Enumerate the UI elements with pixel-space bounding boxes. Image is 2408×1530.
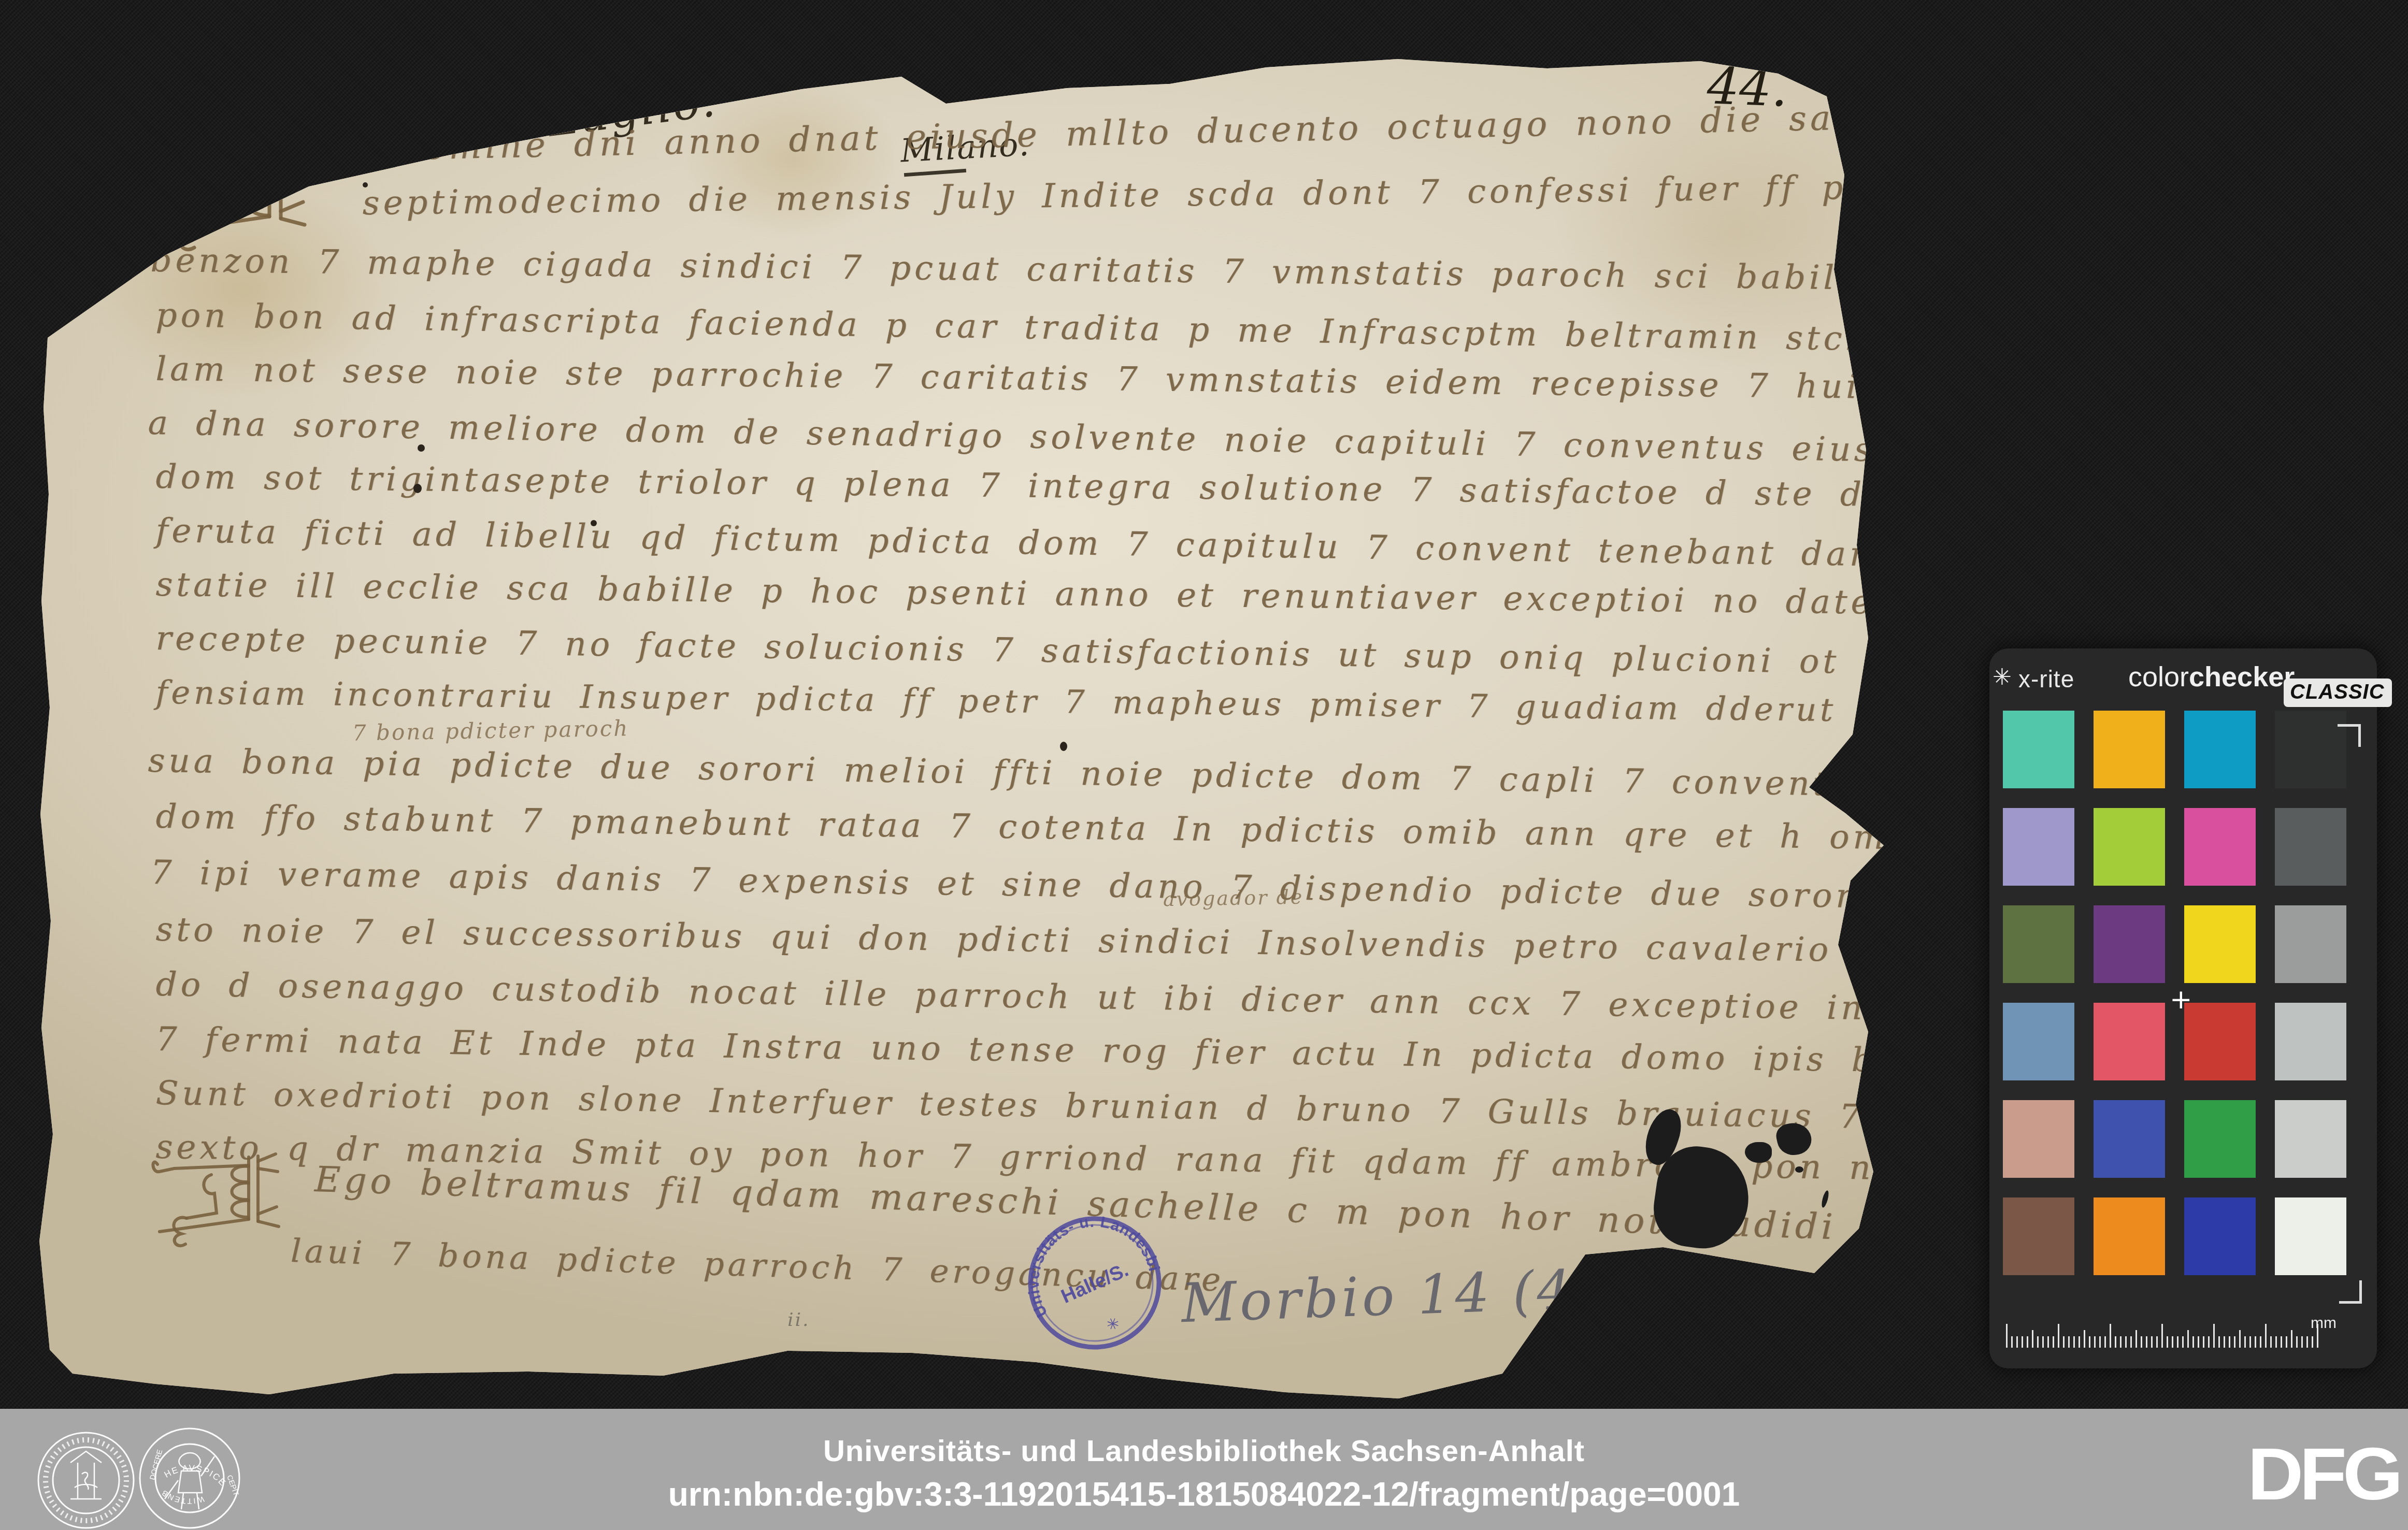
urn-identifier: urn:nbn:de:gbv:3:3-1192015415-1815084022… xyxy=(0,1475,2408,1513)
ruler-tick xyxy=(2255,1336,2256,1348)
ruler-tick xyxy=(2115,1336,2116,1348)
notarial-signum-top xyxy=(150,134,316,258)
manuscript-line: statie ill ecclie sca babille p hoc psen… xyxy=(155,566,1924,623)
ruler-tick xyxy=(2218,1336,2220,1348)
manuscript-line: do d osenaggo custodib nocat ille parroc… xyxy=(155,965,2092,1031)
ruler-tick xyxy=(2058,1324,2059,1348)
manuscript-line: dom ffo stabunt 7 pmanebunt rataa 7 cote… xyxy=(155,798,2029,859)
ruler-tick xyxy=(2156,1336,2158,1348)
ruler-tick xyxy=(2042,1336,2044,1348)
ruler-tick xyxy=(2016,1336,2018,1348)
institution-name: Universitäts- und Landesbibliothek Sachs… xyxy=(0,1434,2408,1468)
color-patch-grid xyxy=(2003,711,2346,1405)
ruler-tick xyxy=(2167,1336,2168,1348)
stamp-bottom-mark: ✳ xyxy=(1103,1314,1122,1335)
ruler-tick xyxy=(2151,1336,2153,1348)
ink-speck xyxy=(413,484,422,493)
ruler-tick xyxy=(2120,1336,2122,1348)
ruler-tick xyxy=(2053,1336,2054,1348)
ruler-tick xyxy=(2182,1336,2184,1348)
color-patch xyxy=(2003,1197,2074,1275)
ruler-tick xyxy=(2239,1330,2241,1348)
ruler-tick xyxy=(2032,1330,2033,1348)
ruler-tick xyxy=(2130,1336,2132,1348)
color-patch xyxy=(2275,905,2346,983)
color-patch xyxy=(2275,1197,2346,1275)
ruler-tick xyxy=(2011,1336,2013,1348)
colorchecker-variant-badge: CLASSIC xyxy=(2284,679,2392,707)
ruler-tick xyxy=(2125,1336,2127,1348)
ruler-tick xyxy=(2291,1330,2292,1348)
ruler-tick xyxy=(2110,1324,2111,1348)
ruler-tick xyxy=(2275,1336,2277,1348)
ruler-tick xyxy=(2312,1336,2313,1348)
manuscript-line: feruta ficti ad libellu qd fictum pdicta… xyxy=(155,512,1987,575)
footer-bar: HE AVSPICE WITTENBERG DOCERE CEPIT Unive… xyxy=(0,1409,2408,1530)
ruler-tick xyxy=(2037,1336,2039,1348)
manuscript-line: sua bona pia pdicte due sorori melioi ff… xyxy=(148,742,2021,806)
ruler-tick xyxy=(2177,1336,2178,1348)
color-patch xyxy=(2094,1197,2165,1275)
color-patch xyxy=(2094,905,2165,983)
ruler-tick xyxy=(2047,1336,2049,1348)
ruler-tick xyxy=(2006,1324,2008,1348)
ruler-tick xyxy=(2104,1336,2106,1348)
color-patch xyxy=(2275,808,2346,886)
place-underline xyxy=(904,169,966,177)
colorchecker-title-regular: color xyxy=(2128,661,2189,692)
stamp-center-text: Halle/S. xyxy=(1058,1259,1132,1308)
color-patch xyxy=(2003,711,2074,788)
xrite-logo-icon: ✳ xyxy=(1993,664,2012,690)
parchment-hole xyxy=(1745,1142,1772,1163)
marginal-mark: ii. xyxy=(787,1309,810,1331)
ruler-tick xyxy=(2084,1330,2085,1348)
color-patch xyxy=(2003,808,2074,886)
manuscript-line: septimodecimo die mensis July Indite scd… xyxy=(362,168,1966,223)
ruler-tick xyxy=(2224,1336,2225,1348)
color-patch xyxy=(2094,808,2165,886)
ruler-tick xyxy=(2192,1336,2194,1348)
ruler-tick xyxy=(2213,1324,2215,1348)
dfg-logo: DFG xyxy=(2247,1432,2399,1517)
ruler-tick xyxy=(2249,1336,2251,1348)
ruler-tick xyxy=(2234,1336,2235,1348)
manuscript-line: 7 ipi verame apis danis 7 expensis et si… xyxy=(150,854,2025,918)
crop-mark-icon xyxy=(2338,724,2360,727)
mm-ruler xyxy=(2006,1324,2319,1348)
ruler-tick xyxy=(2301,1336,2303,1348)
colorchecker-title: colorchecker xyxy=(2128,661,2295,693)
color-patch xyxy=(2184,1197,2256,1275)
ruler-tick xyxy=(2135,1330,2137,1348)
manuscript-line: pon bon ad infrascripta facienda p car t… xyxy=(155,296,1908,359)
ruler-tick xyxy=(2281,1336,2282,1348)
ink-speck xyxy=(1060,742,1067,751)
ink-speck xyxy=(363,182,368,187)
ruler-tick xyxy=(2286,1336,2287,1348)
manuscript-line: recepte pecunie 7 no facte solucionis 7 … xyxy=(155,619,1913,682)
ruler-tick xyxy=(2172,1336,2173,1348)
ruler-tick xyxy=(2270,1336,2272,1348)
manuscript-line: lam not sese noie ste parrochie 7 carita… xyxy=(155,350,1925,407)
crop-mark-icon xyxy=(2358,724,2361,747)
ruler-tick xyxy=(2141,1336,2142,1348)
ruler-tick xyxy=(2187,1330,2189,1348)
registration-cross-icon: + xyxy=(2170,984,2192,1015)
colorchecker-card: ✳ x-rite colorchecker CLASSIC + mm xyxy=(1989,648,2377,1368)
color-patch xyxy=(2003,1100,2074,1178)
colorchecker-header: ✳ x-rite colorchecker CLASSIC xyxy=(1989,656,2377,705)
ruler-unit-label: mm xyxy=(2311,1315,2337,1332)
color-patch xyxy=(2184,1003,2256,1080)
manuscript-line: Jn nomine dni anno dnat eiusde mllto duc… xyxy=(331,97,1874,169)
color-patch xyxy=(2184,905,2256,983)
manuscript-line: sto noie 7 el successoribus qui don pdic… xyxy=(155,911,1996,971)
parchment-hole xyxy=(1586,1330,1599,1345)
ruler-tick xyxy=(2203,1336,2204,1348)
crop-mark-icon xyxy=(2339,1301,2362,1304)
notarial-signum-bottom xyxy=(149,1149,294,1252)
shelfmark-pencil: Morbio 14 (44) xyxy=(1180,1256,1637,1335)
ruler-tick xyxy=(2079,1336,2080,1348)
parchment-hole xyxy=(1821,1190,1830,1208)
ruler-tick xyxy=(2022,1336,2023,1348)
color-patch xyxy=(2094,1100,2165,1178)
ruler-tick xyxy=(2208,1336,2210,1348)
color-patch xyxy=(2184,808,2256,886)
color-patch xyxy=(2094,1003,2165,1080)
ruler-tick xyxy=(2073,1336,2075,1348)
manuscript-line: 7 fermi nata Et Inde pta Instra uno tens… xyxy=(155,1020,2009,1081)
ruler-tick xyxy=(2198,1336,2199,1348)
ruler-tick xyxy=(2063,1336,2065,1348)
crop-mark-icon xyxy=(2359,1280,2362,1303)
color-patch xyxy=(2275,1003,2346,1080)
digitized-scan-stage: 1289. Luglio. Milano. 44. Jn nomine dni … xyxy=(0,0,2408,1530)
ink-speck xyxy=(418,444,425,452)
interlinear-insertion-1: 7 bona pdicter paroch xyxy=(352,715,629,745)
manuscript-line: benzon 7 maphe cigada sindici 7 pcuat ca… xyxy=(150,241,1875,298)
ruler-tick xyxy=(2265,1324,2267,1348)
ruler-tick xyxy=(2229,1336,2230,1348)
ruler-tick xyxy=(2244,1336,2246,1348)
colorchecker-title-bold: checker xyxy=(2189,661,2295,692)
ink-speck xyxy=(591,520,597,526)
ruler-tick xyxy=(2099,1336,2101,1348)
ruler-tick xyxy=(2068,1336,2070,1348)
ruler-tick xyxy=(2094,1336,2096,1348)
ruler-tick xyxy=(2296,1336,2298,1348)
color-patch xyxy=(2275,711,2346,788)
ruler-tick xyxy=(2306,1336,2308,1348)
color-patch xyxy=(2184,711,2256,788)
color-patch xyxy=(2003,905,2074,983)
color-patch xyxy=(2184,1100,2256,1178)
parchment-hole xyxy=(1795,1166,1803,1173)
ruler-tick xyxy=(2161,1324,2163,1348)
interlinear-insertion-2: avogador de xyxy=(1163,886,1304,911)
ruler-tick xyxy=(2089,1336,2090,1348)
color-patch xyxy=(2275,1100,2346,1178)
color-patch xyxy=(2003,1003,2074,1080)
ruler-tick xyxy=(2027,1336,2028,1348)
ruler-tick xyxy=(2146,1336,2147,1348)
color-patch xyxy=(2094,711,2165,788)
xrite-brand-text: x-rite xyxy=(2018,665,2074,693)
ruler-tick xyxy=(2260,1336,2261,1348)
